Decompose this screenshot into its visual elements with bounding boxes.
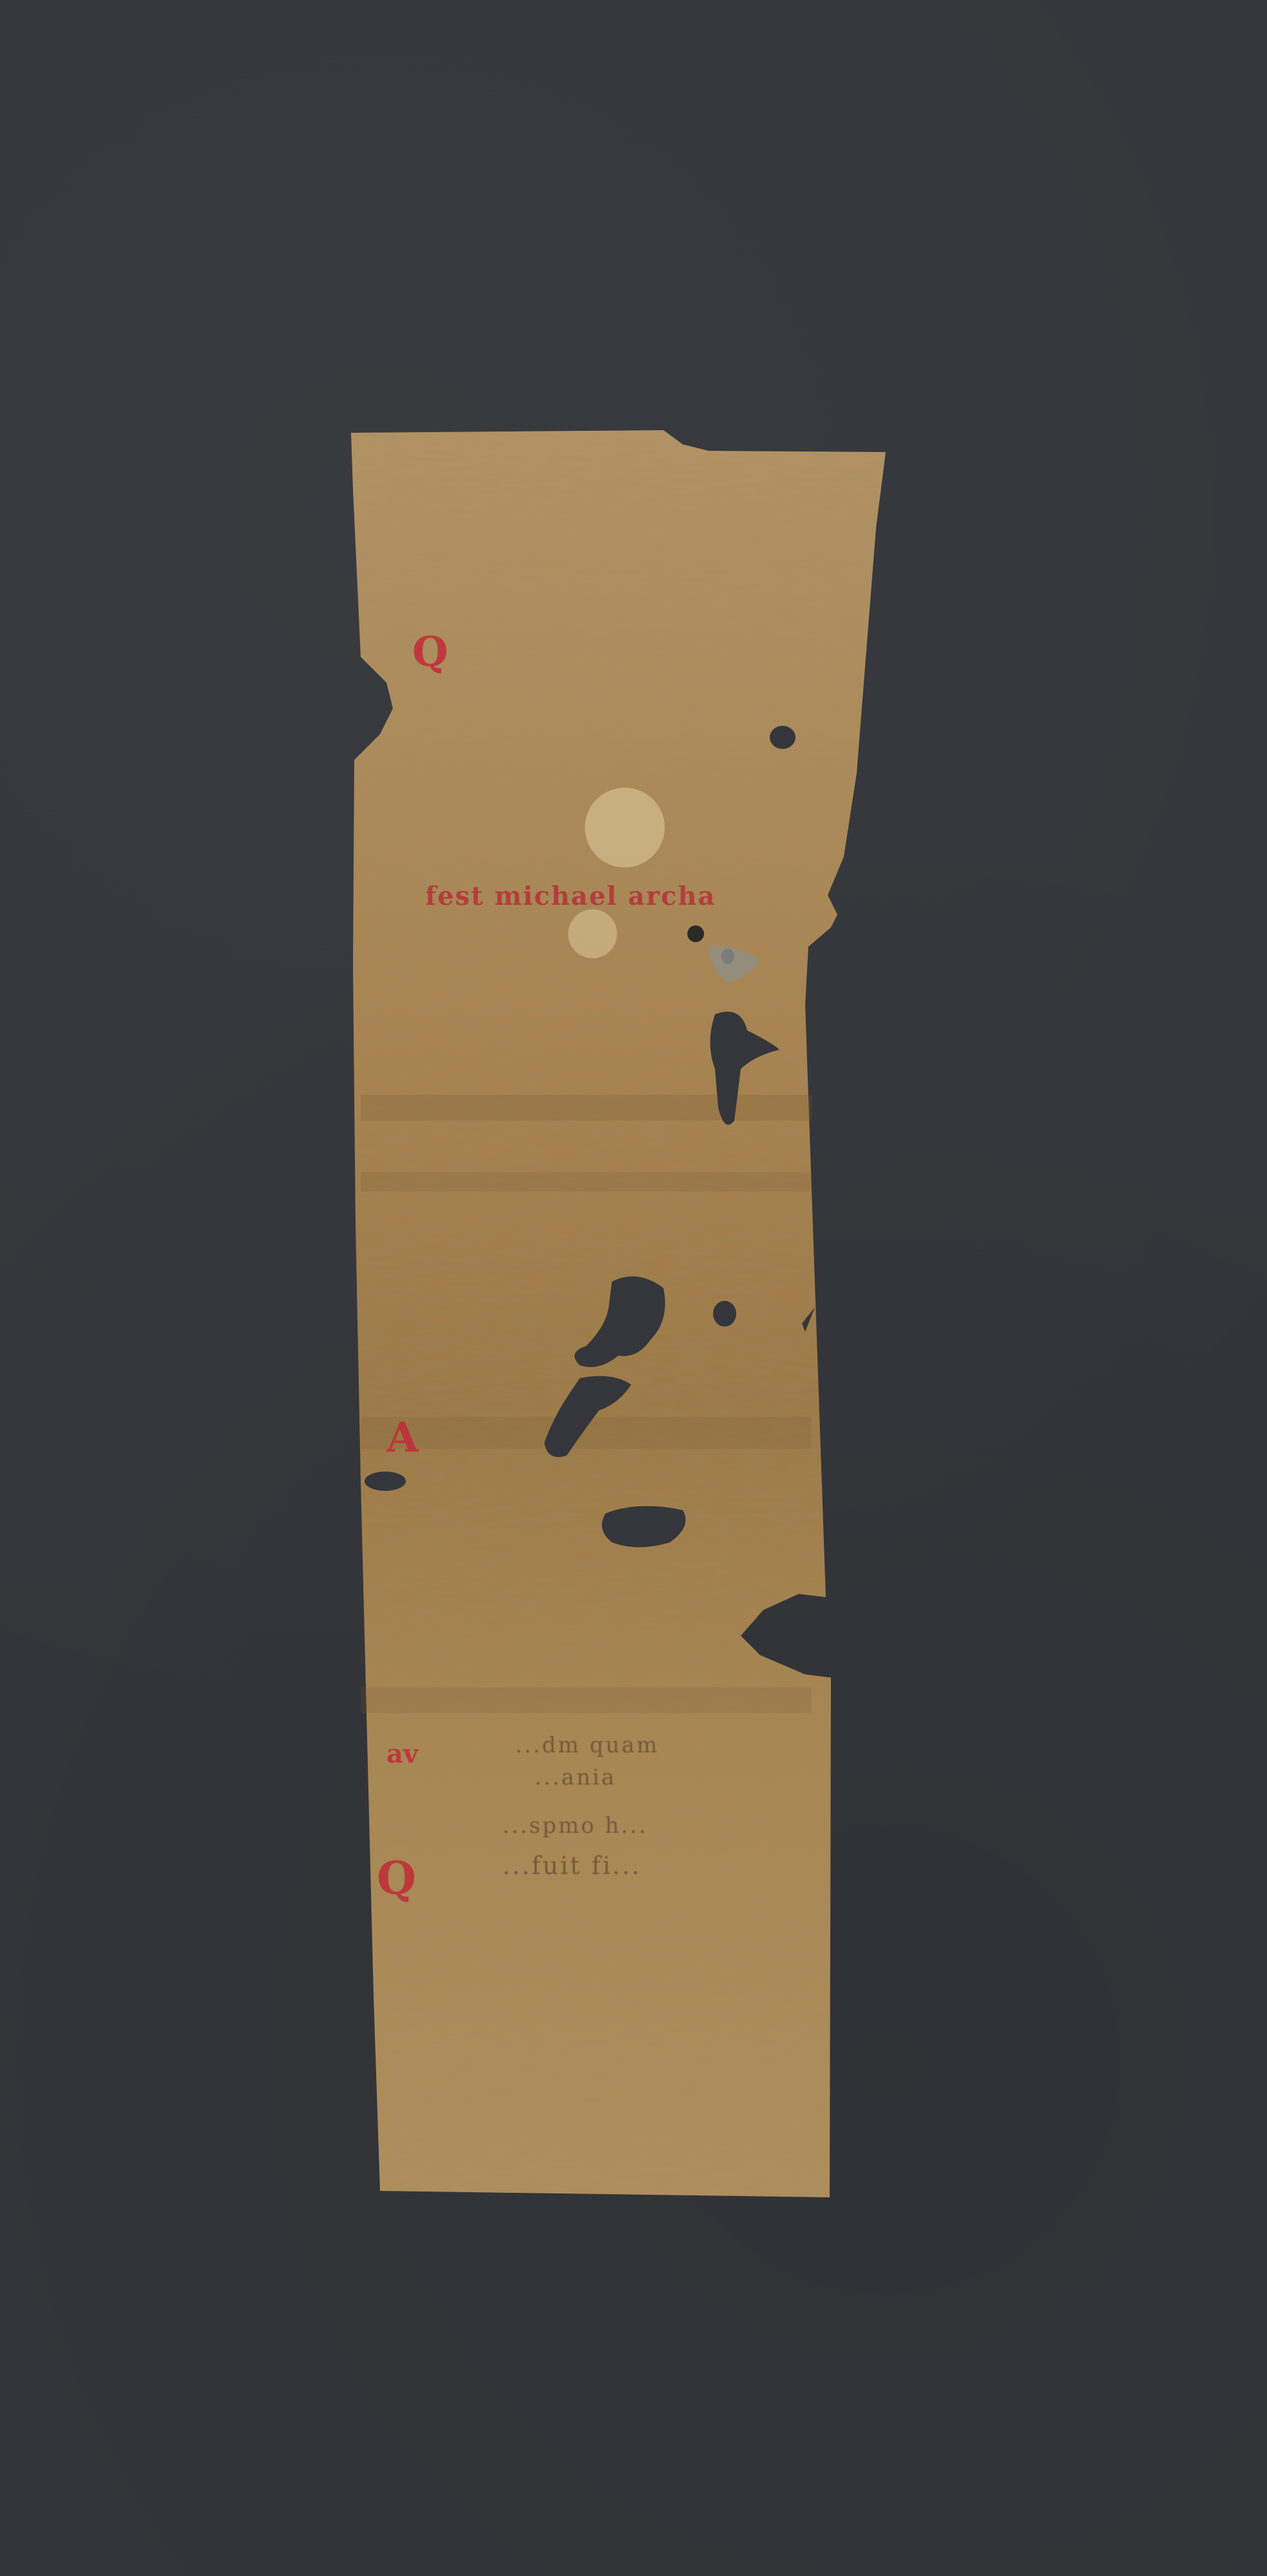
text-line: ...spmo h... — [502, 1813, 647, 1839]
text-line: ...fuit fi... — [502, 1851, 642, 1880]
initial-letter: A — [386, 1414, 419, 1462]
initial-letter: Q — [412, 628, 448, 676]
initial-letter: Q — [377, 1851, 416, 1905]
rubric-heading: fest michael archa — [425, 881, 716, 911]
initial-letter: av — [386, 1739, 418, 1769]
manuscript-fragment: fest michael archa Q A av Q ...dm quam .… — [0, 0, 1267, 2576]
text-line: ...dm quam — [515, 1732, 659, 1758]
parchment-shape — [0, 0, 1267, 2576]
text-line: ...ania — [535, 1765, 616, 1790]
